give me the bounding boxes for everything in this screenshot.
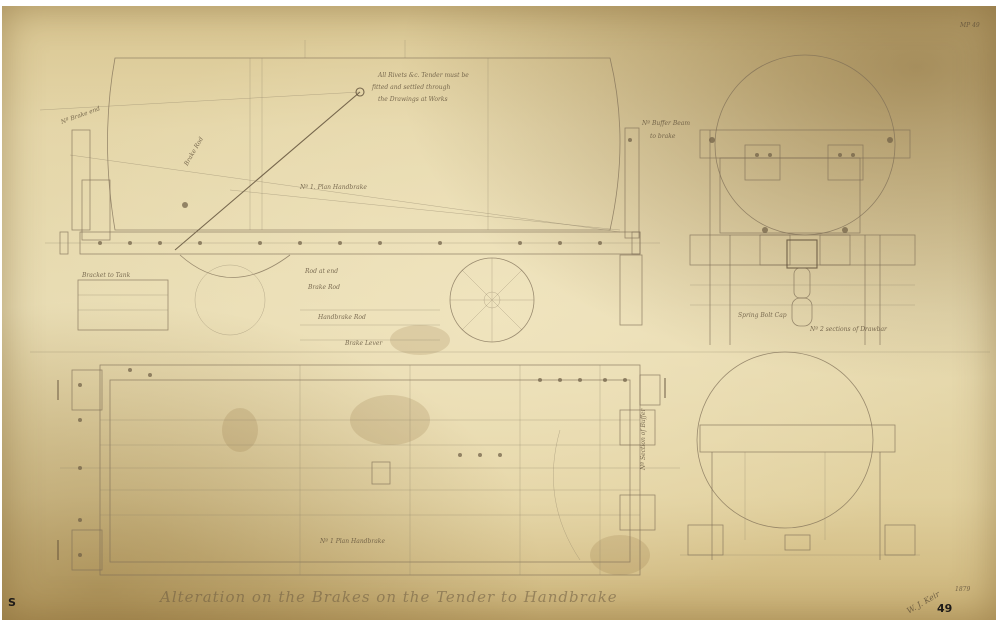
buffer-beam-label: Nº Buffer Beam xyxy=(642,120,690,127)
tank-note-line-1: All Rivets &c. Tender must be xyxy=(378,72,469,79)
bracket-label: Bracket to Tank xyxy=(82,272,130,279)
rod-label-1: Rod at end xyxy=(305,268,338,275)
elevation-label: Nº 1. Plan Handbrake xyxy=(300,184,367,191)
engineering-drawing-linework xyxy=(0,0,1000,628)
date-note: 1879 xyxy=(955,586,970,593)
buffer-section-label: Nº Section of Buffer xyxy=(640,409,647,470)
rod-label-3: Handbrake Rod xyxy=(318,314,366,321)
spring-bolt-label: Spring Bolt Cap xyxy=(738,312,787,319)
end-section-view xyxy=(680,352,920,560)
buffer-beam-sublabel: to brake xyxy=(650,133,675,140)
plan-label: Nº 1 Plan Handbrake xyxy=(320,538,385,545)
rod-label-2: Brake Rod xyxy=(308,284,340,291)
sheet-reference-note: MP 49 xyxy=(960,22,980,29)
drawing-title: Alteration on the Brakes on the Tender t… xyxy=(160,588,618,606)
side-elevation-view xyxy=(40,40,660,342)
sheet-letter-stamp: S xyxy=(8,596,16,609)
tank-note-line-3: the Drawings at Works xyxy=(378,96,448,103)
sheet-number-stamp: 49 xyxy=(937,602,952,615)
tank-note-line-2: fitted and settled through xyxy=(372,84,450,91)
rod-label-4: Brake Lever xyxy=(345,340,382,347)
end-elevation-view xyxy=(690,55,915,345)
drawbar-section-label: Nº 2 sections of Drawbar xyxy=(810,326,887,333)
